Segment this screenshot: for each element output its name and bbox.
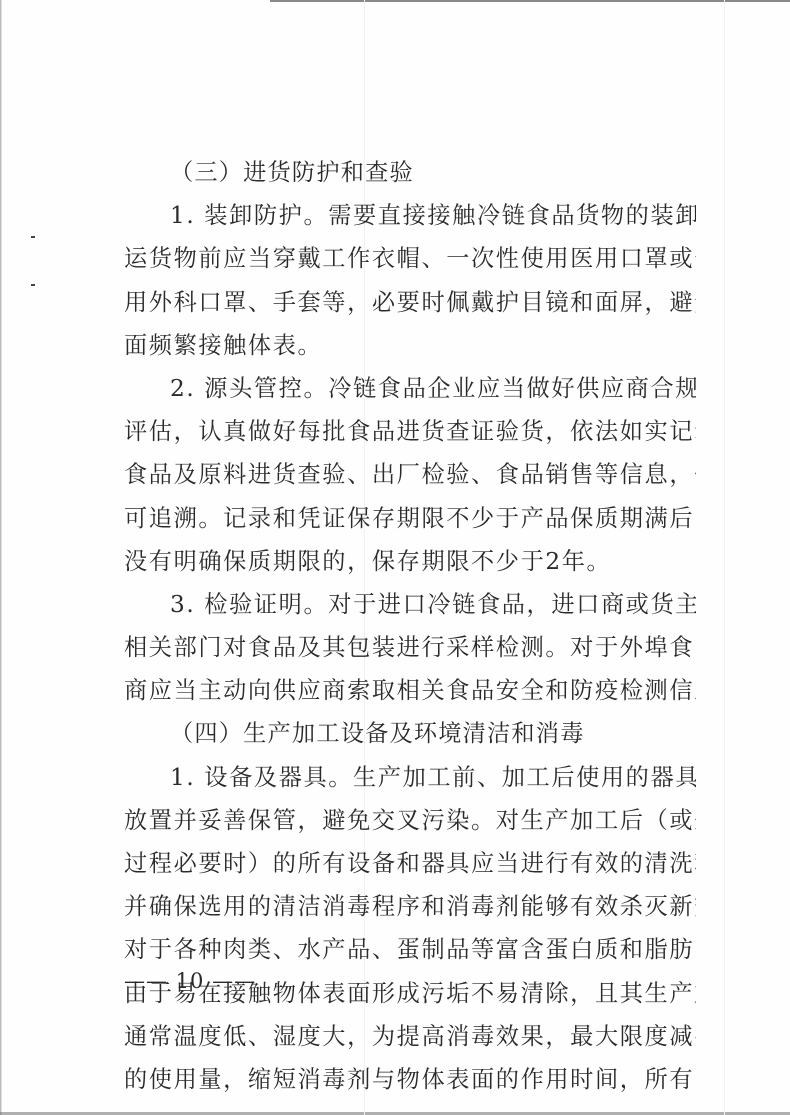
text-line: 2. 源头管控。冷链食品企业应当做好供应商合规性检查和	[124, 367, 696, 410]
text-line: 过程必要时）的所有设备和器具应当进行有效的清洗和消毒，	[124, 842, 696, 885]
section-heading: （四）生产加工设备及环境清洁和消毒	[124, 712, 696, 755]
text-line: 面频繁接触体表。	[124, 324, 696, 367]
text-line: 放置并妥善保管，避免交叉污染。对生产加工后（或生产加工	[124, 799, 696, 842]
paper-fold-line	[724, 0, 725, 1115]
text-line: 通常温度低、湿度大，为提高消毒效果，最大限度减少消毒剂	[124, 1015, 696, 1058]
paragraph-loading-protection: 1. 装卸防护。需要直接接触冷链食品货物的装卸工人，搬 运货物前应当穿戴工作衣帽…	[124, 194, 696, 367]
binding-mark-icon	[31, 236, 35, 238]
scan-edge-top	[270, 0, 790, 2]
text-line: 1. 装卸防护。需要直接接触冷链食品货物的装卸工人，搬	[124, 194, 696, 237]
paragraph-equipment-utensils: 1. 设备及器具。生产加工前、加工后使用的器具应当分开 放置并妥善保管，避免交叉…	[124, 756, 696, 1102]
section-heading: （三）进货防护和查验	[124, 151, 696, 194]
page-number: —— 10 ——	[124, 966, 256, 996]
scan-edge-left	[0, 0, 2, 1115]
text-line: 食品及原料进货查验、出厂检验、食品销售等信息，保证食品	[124, 453, 696, 496]
document-body: （三）进货防护和查验 1. 装卸防护。需要直接接触冷链食品货物的装卸工人，搬 运…	[124, 151, 696, 1101]
text-line: 评估，认真做好每批食品进货查证验货，依法如实记录并保存	[124, 410, 696, 453]
text-line: 可追溯。记录和凭证保存期限不少于产品保质期满后 6 个月，	[124, 497, 696, 540]
text-line: 1. 设备及器具。生产加工前、加工后使用的器具应当分开	[124, 756, 696, 799]
binding-mark-icon	[31, 284, 35, 286]
text-line: 并确保选用的清洁消毒程序和消毒剂能够有效杀灭新冠病毒。	[124, 885, 696, 928]
text-line: 3. 检验证明。对于进口冷链食品，进口商或货主应当配合	[124, 583, 696, 626]
text-line: 用外科口罩、手套等，必要时佩戴护目镜和面屏，避免货物表	[124, 281, 696, 324]
text-line: 的使用量，缩短消毒剂与物体表面的作用时间，所有肉类、水	[124, 1058, 696, 1101]
text-line: 没有明确保质期限的，保存期限不少于2年。	[124, 540, 696, 583]
paragraph-source-control: 2. 源头管控。冷链食品企业应当做好供应商合规性检查和 评估，认真做好每批食品进…	[124, 367, 696, 583]
document-page: （三）进货防护和查验 1. 装卸防护。需要直接接触冷链食品货物的装卸工人，搬 运…	[0, 0, 790, 1115]
text-line: 商应当主动向供应商索取相关食品安全和防疫检测信息。	[124, 669, 696, 712]
paragraph-inspection-certificate: 3. 检验证明。对于进口冷链食品，进口商或货主应当配合 相关部门对食品及其包装进…	[124, 583, 696, 713]
text-line: 运货物前应当穿戴工作衣帽、一次性使用医用口罩或一次性医	[124, 237, 696, 280]
text-line: 相关部门对食品及其包装进行采样检测。对于外埠食品，经销	[124, 626, 696, 669]
